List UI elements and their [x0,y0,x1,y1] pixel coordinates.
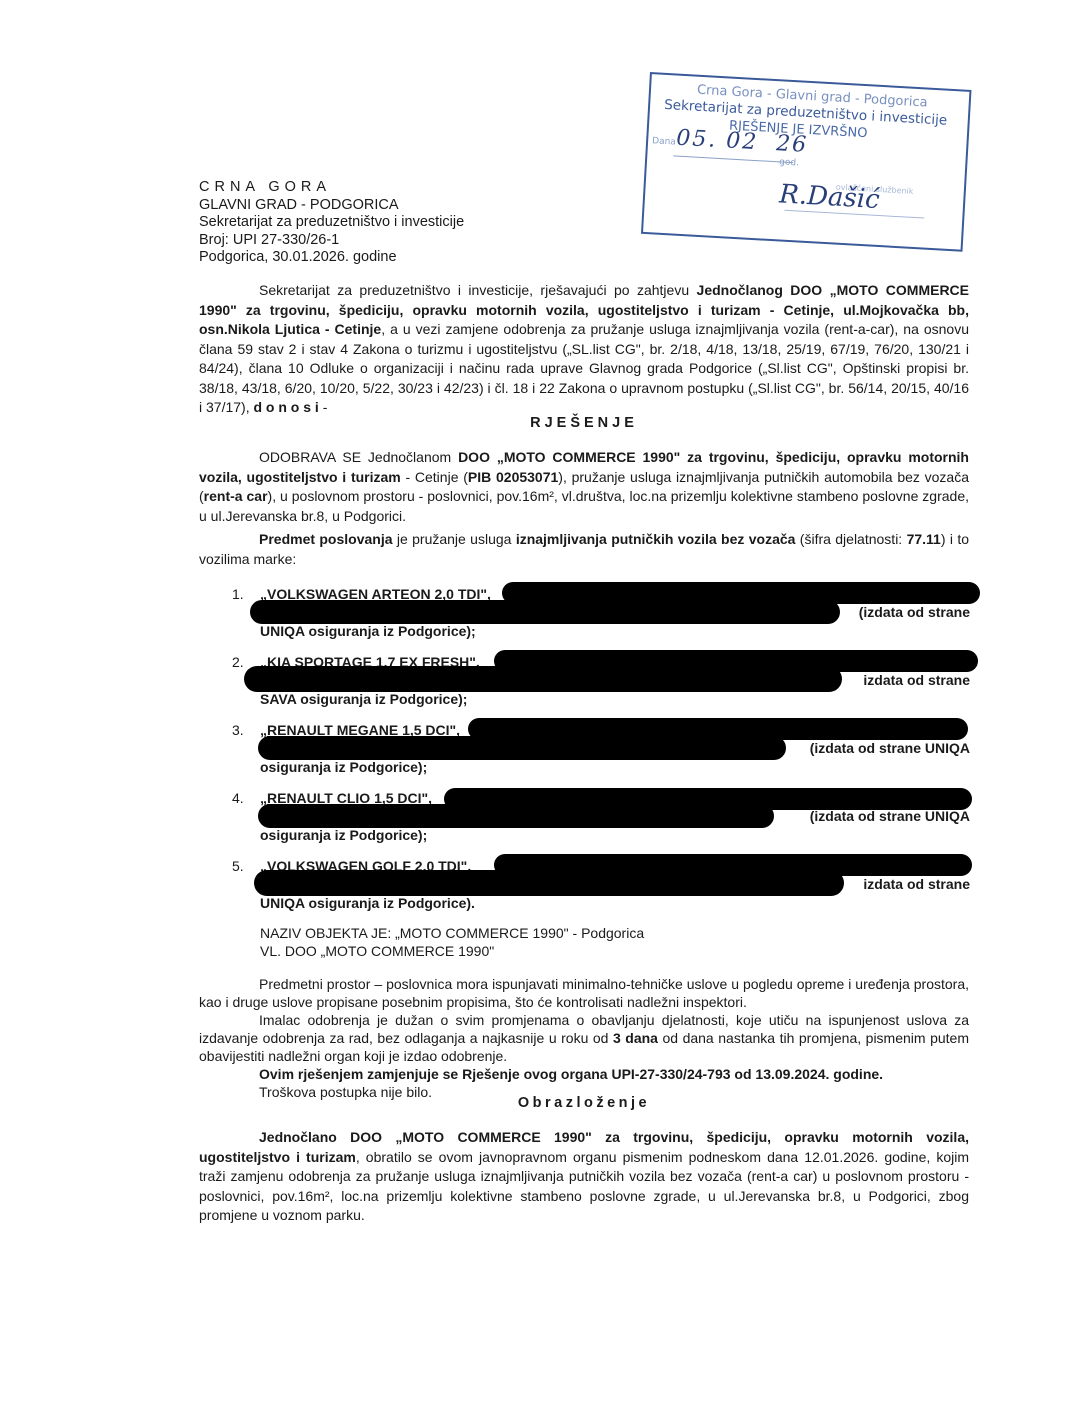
business-subject-paragraph: Predmet poslovanja je pružanje usluga iz… [199,530,969,569]
conditions-paragraph-2: Imalac odobrenja je dužan o svim promjen… [199,1011,969,1065]
object-info: NAZIV OBJEKTA JE: „MOTO COMMERCE 1990" -… [260,924,644,960]
header-country: CRNA GORA [199,179,464,197]
redaction-block [244,666,842,692]
conditions-section: Predmetni prostor – poslovnica mora ispu… [199,975,969,1101]
executive-stamp: Crna Gora - Glavni grad - Podgorica Sekr… [641,72,972,252]
reasoning-paragraph: Jednočlano DOO „MOTO COMMERCE 1990" za t… [199,1128,969,1226]
object-owner: VL. DOO „MOTO COMMERCE 1990" [260,942,644,960]
preamble-paragraph: Sekretarijat za preduzetništvo i investi… [199,281,969,418]
redaction-block [258,736,786,760]
redaction-block [258,804,774,828]
document-header: CRNA GORA GLAVNI GRAD - PODGORICA Sekret… [199,179,464,267]
stamp-date-label: Dana [652,136,676,147]
object-name: NAZIV OBJEKTA JE: „MOTO COMMERCE 1990" -… [260,924,644,942]
document-page: Crna Gora - Glavni grad - Podgorica Sekr… [0,0,1088,1408]
decision-title: RJEŠENJE [199,415,969,431]
header-place-date: Podgorica, 30.01.2026. godine [199,249,464,267]
redaction-block [250,600,840,624]
conditions-paragraph-1: Predmetni prostor – poslovnica mora ispu… [199,975,969,1011]
vehicle-item: 4. „RENAULT CLIO 1,5 DCI", (izdata od st… [232,790,970,858]
stamp-year-suffix: god. [779,157,799,168]
stamp-date-line [673,155,793,163]
reasoning-title: Obrazloženje [199,1095,969,1111]
vehicle-item: 5. „VOLKSWAGEN GOLF 2.0 TDI", izdata od … [232,858,970,926]
vehicle-item: 3. „RENAULT MEGANE 1,5 DCI", (izdata od … [232,722,970,790]
header-number: Broj: UPI 27-330/26-1 [199,232,464,250]
vehicle-item: 2. „KIA SPORTAGE 1.7 EX FRESH", izdata o… [232,654,970,722]
header-secretariat: Sekretarijat za preduzetništvo i investi… [199,214,464,232]
replacement-notice: Ovim rješenjem zamjenjuje se Rješenje ov… [199,1065,969,1083]
header-city: GLAVNI GRAD - PODGORICA [199,197,464,215]
approval-paragraph: ODOBRAVA SE Jednočlanom DOO „MOTO COMMER… [199,448,969,526]
redaction-block [254,870,844,896]
vehicle-item: 1. „VOLKSWAGEN ARTEON 2,0 TDI", (izdata … [232,586,970,654]
vehicle-list: 1. „VOLKSWAGEN ARTEON 2,0 TDI", (izdata … [232,586,970,926]
